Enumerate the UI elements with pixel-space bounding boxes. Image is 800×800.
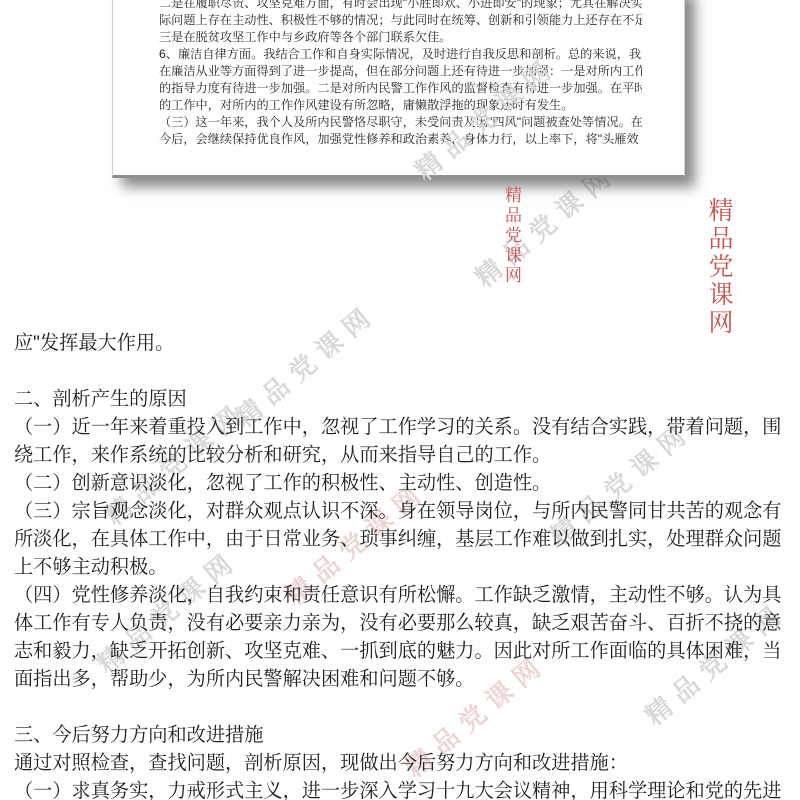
red-watermark-vertical: 精品党课网 <box>701 197 737 337</box>
body-text-line: 面指出多，帮助少，为所内民警解决困难和问题不够。 <box>14 666 789 694</box>
body-text-line: 体工作有专人负责，没有必要亲力亲为，没有必要那么较真，缺乏艰苦奋斗、百折不挠的意 <box>14 610 789 638</box>
preview-text-line: 二是在履职尽责、攻坚克难方面，有时会出现"小胜即欢、小进即安"的现象；尤其在解决… <box>159 0 642 12</box>
preview-text-line: 际问题上存在主动性、积极性不够的情况；与此同时在统筹、创新和引领能力上还存在不足… <box>159 12 642 29</box>
document-preview-page: 缺乏深入学习，没有把理论学习和实际工作很好的结合起来。二是在履职尽责、攻坚克难方… <box>112 0 685 178</box>
preview-page-text: 缺乏深入学习，没有把理论学习和实际工作很好的结合起来。二是在履职尽责、攻坚克难方… <box>159 0 642 148</box>
document-body-text: 应"发挥最大作用。二、剖析产生的原因（一）近一年来着重投入到工作中，忽视了工作学… <box>14 330 789 800</box>
section-heading: 二、剖析产生的原因 <box>14 386 789 414</box>
preview-text-line: （三）这一年来，我个人及所内民警恪尽职守，未受问责及因"四风"问题被查处等情况。… <box>159 114 642 131</box>
preview-text-line: 今后，会继续保持优良作风，加强党性修养和政治素养，身体力行，以上率下，将"头雁效 <box>159 131 642 148</box>
body-text-line: 应"发挥最大作用。 <box>14 330 789 358</box>
body-text-line: （四）党性修养淡化，自我约束和责任意识有所松懈。工作缺乏激情，主动性不够。认为具 <box>14 582 789 610</box>
section-heading: 三、今后努力方向和改进措施 <box>14 722 789 750</box>
document-viewer-page: 精品党课网精品党课网精品党课网精品党课网精品党课网精品党课网精品党课网精品党课网… <box>0 0 800 800</box>
body-text-line: 所淡化，在具体工作中，由于日常业务、琐事纠缠，基层工作难以做到扎实，处理群众问题 <box>14 526 789 554</box>
body-text-line: 通过对照检查，查找问题，剖析原因，现做出今后努力方向和改进措施： <box>14 750 789 778</box>
preview-text-line: 的工作中，对所内的工作作风建设有所忽略，庸懒散浮拖的现象还时有发生。 <box>159 97 642 114</box>
body-text-line: （二）创新意识淡化，忽视了工作的积极性、主动性、创造性。 <box>14 470 789 498</box>
preview-text-line: 6、廉洁自律方面。我结合工作和自身实际情况，及时进行自我反思和剖析。总的来说，我 <box>159 46 642 63</box>
preview-text-line: 的指导力度有待进一步加强。二是对所内民警工作作风的监督检查有待进一步加强。在平时 <box>159 80 642 97</box>
body-text-line: （三）宗旨观念淡化，对群众观点认识不深。身在领导岗位，与所内民警同甘共苦的观念有 <box>14 498 789 526</box>
body-text-line: （一）近一年来着重投入到工作中，忽视了工作学习的关系。没有结合实践，带着问题，围 <box>14 414 789 442</box>
preview-text-line: 在廉洁从业等方面得到了进一步提高，但在部分问题上还有待进一步加强：一是对所内工作 <box>159 63 642 80</box>
red-watermark-vertical: 精品党课网 <box>499 186 524 286</box>
body-text-line: （一）求真务实，力戒形式主义，进一步深入学习十九大会议精神，用科学理论和党的先进 <box>14 778 789 800</box>
body-text-line: 志和毅力，缺乏开拓创新、攻坚克难、一抓到底的魅力。因此对所工作面临的具体困难，当 <box>14 638 789 666</box>
body-text-line: 绕工作，来作系统的比较分析和研究，从而来指导自己的工作。 <box>14 442 789 470</box>
body-text-line: 上不够主动积极。 <box>14 554 789 582</box>
preview-text-line: 三是在脱贫攻坚工作中与乡政府等各个部门联系欠佳。 <box>159 29 642 46</box>
